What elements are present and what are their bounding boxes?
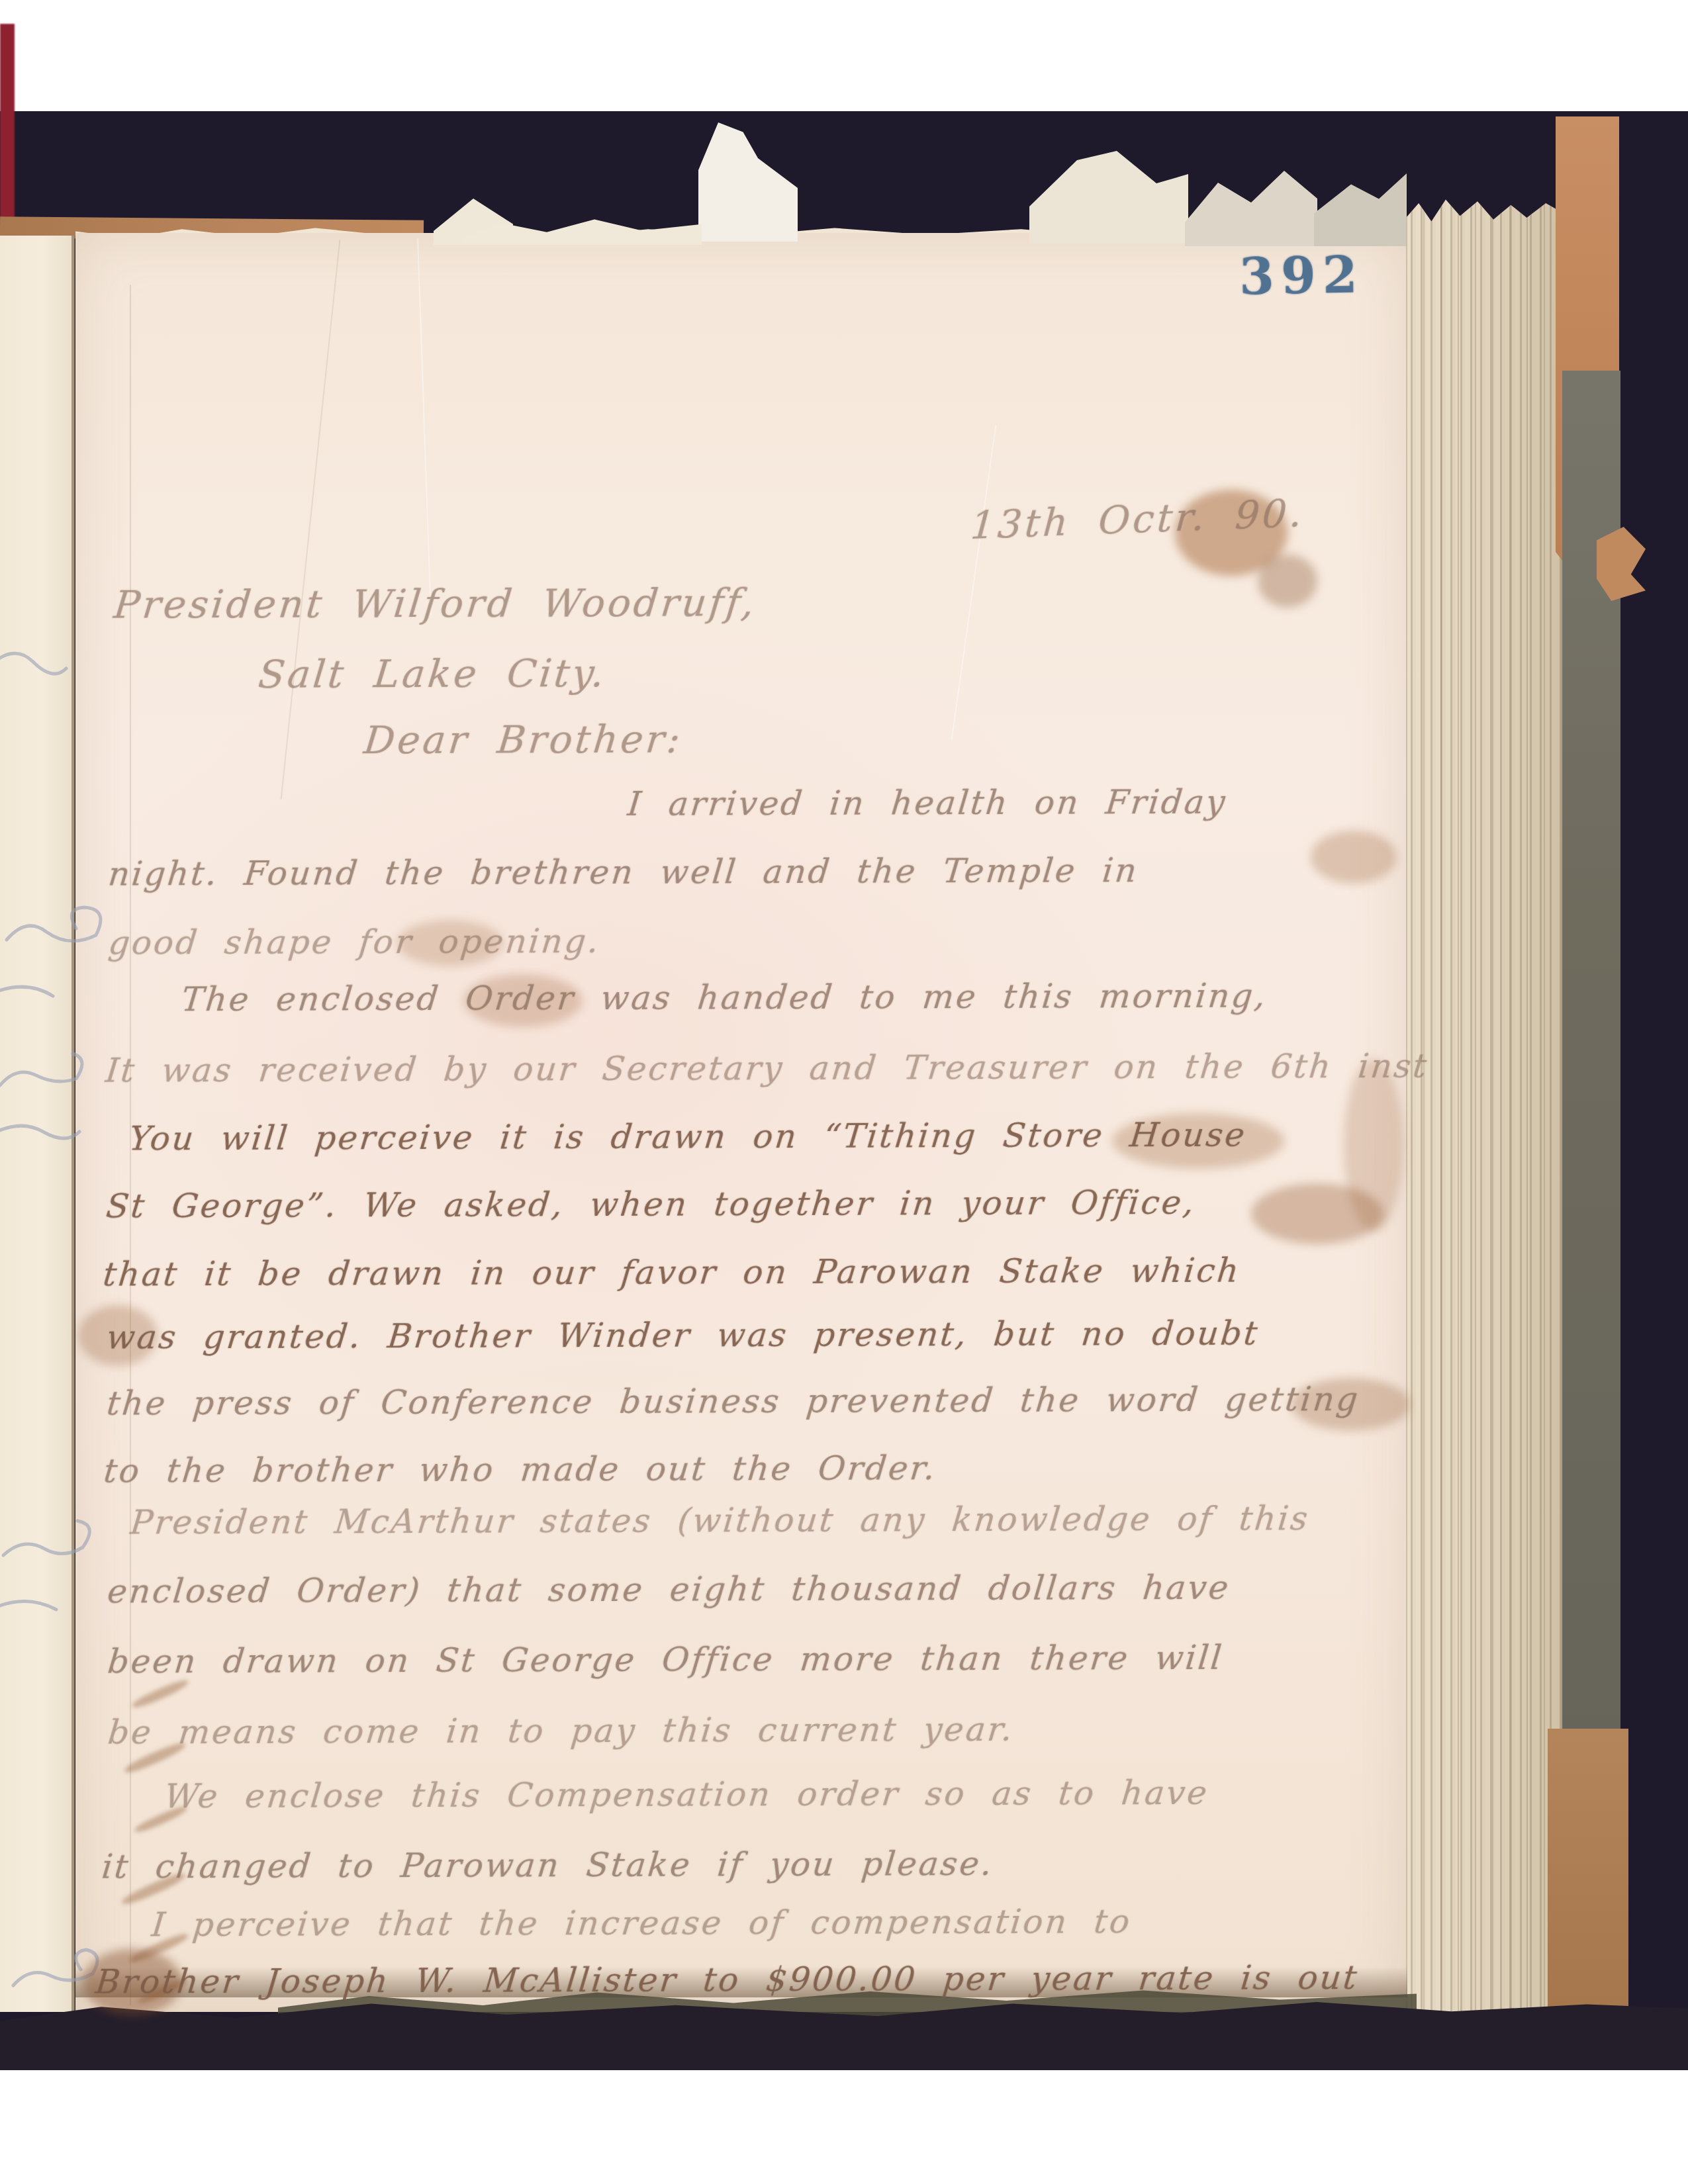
letter-line: been drawn on St George Office more than… [106, 1639, 1225, 1681]
salutation: Dear Brother: [362, 717, 685, 763]
address-line-1: President Wilford Woodruff, [112, 580, 759, 627]
letter-line: enclosed Order) that some eight thousand… [106, 1569, 1233, 1611]
date-line: 13th Octr. 90. [969, 490, 1306, 548]
letter-line: I perceive that the increase of compensa… [150, 1902, 1133, 1944]
letter-line: be means come in to pay this current yea… [106, 1710, 1016, 1752]
letter-line: St George”. We asked, when together in y… [105, 1183, 1198, 1226]
address-line-2: Salt Lake City. [256, 651, 608, 697]
letter-line: was granted. Brother Winder was present,… [105, 1314, 1261, 1357]
letter-line: I arrived in health on Friday [626, 783, 1229, 823]
letter-line: It was received by our Secretary and Tre… [104, 1047, 1430, 1090]
letter-line: The enclosed Order was handed to me this… [180, 977, 1270, 1019]
letter-line: Brother Joseph W. McAllister to $900.00 … [94, 1958, 1360, 2001]
letter-line: that it be drawn in our favor on Parowan… [101, 1251, 1243, 1294]
letter-line: night. Found the brethren well and the T… [107, 851, 1141, 893]
letter-body: 13th Octr. 90. President Wilford Woodruf… [0, 0, 1688, 2184]
letter-line: You will perceive it is drawn on “Tithin… [127, 1116, 1248, 1158]
letter-line: good shape for opening. [107, 922, 602, 962]
letter-line: We enclose this Compensation order so as… [163, 1774, 1211, 1816]
letter-line: the press of Conference business prevent… [105, 1380, 1362, 1423]
letter-line: President McArthur states (without any k… [128, 1500, 1311, 1542]
letter-line: to the brother who made out the Order. [102, 1449, 939, 1490]
letter-line: it changed to Parowan Stake if you pleas… [100, 1844, 996, 1886]
